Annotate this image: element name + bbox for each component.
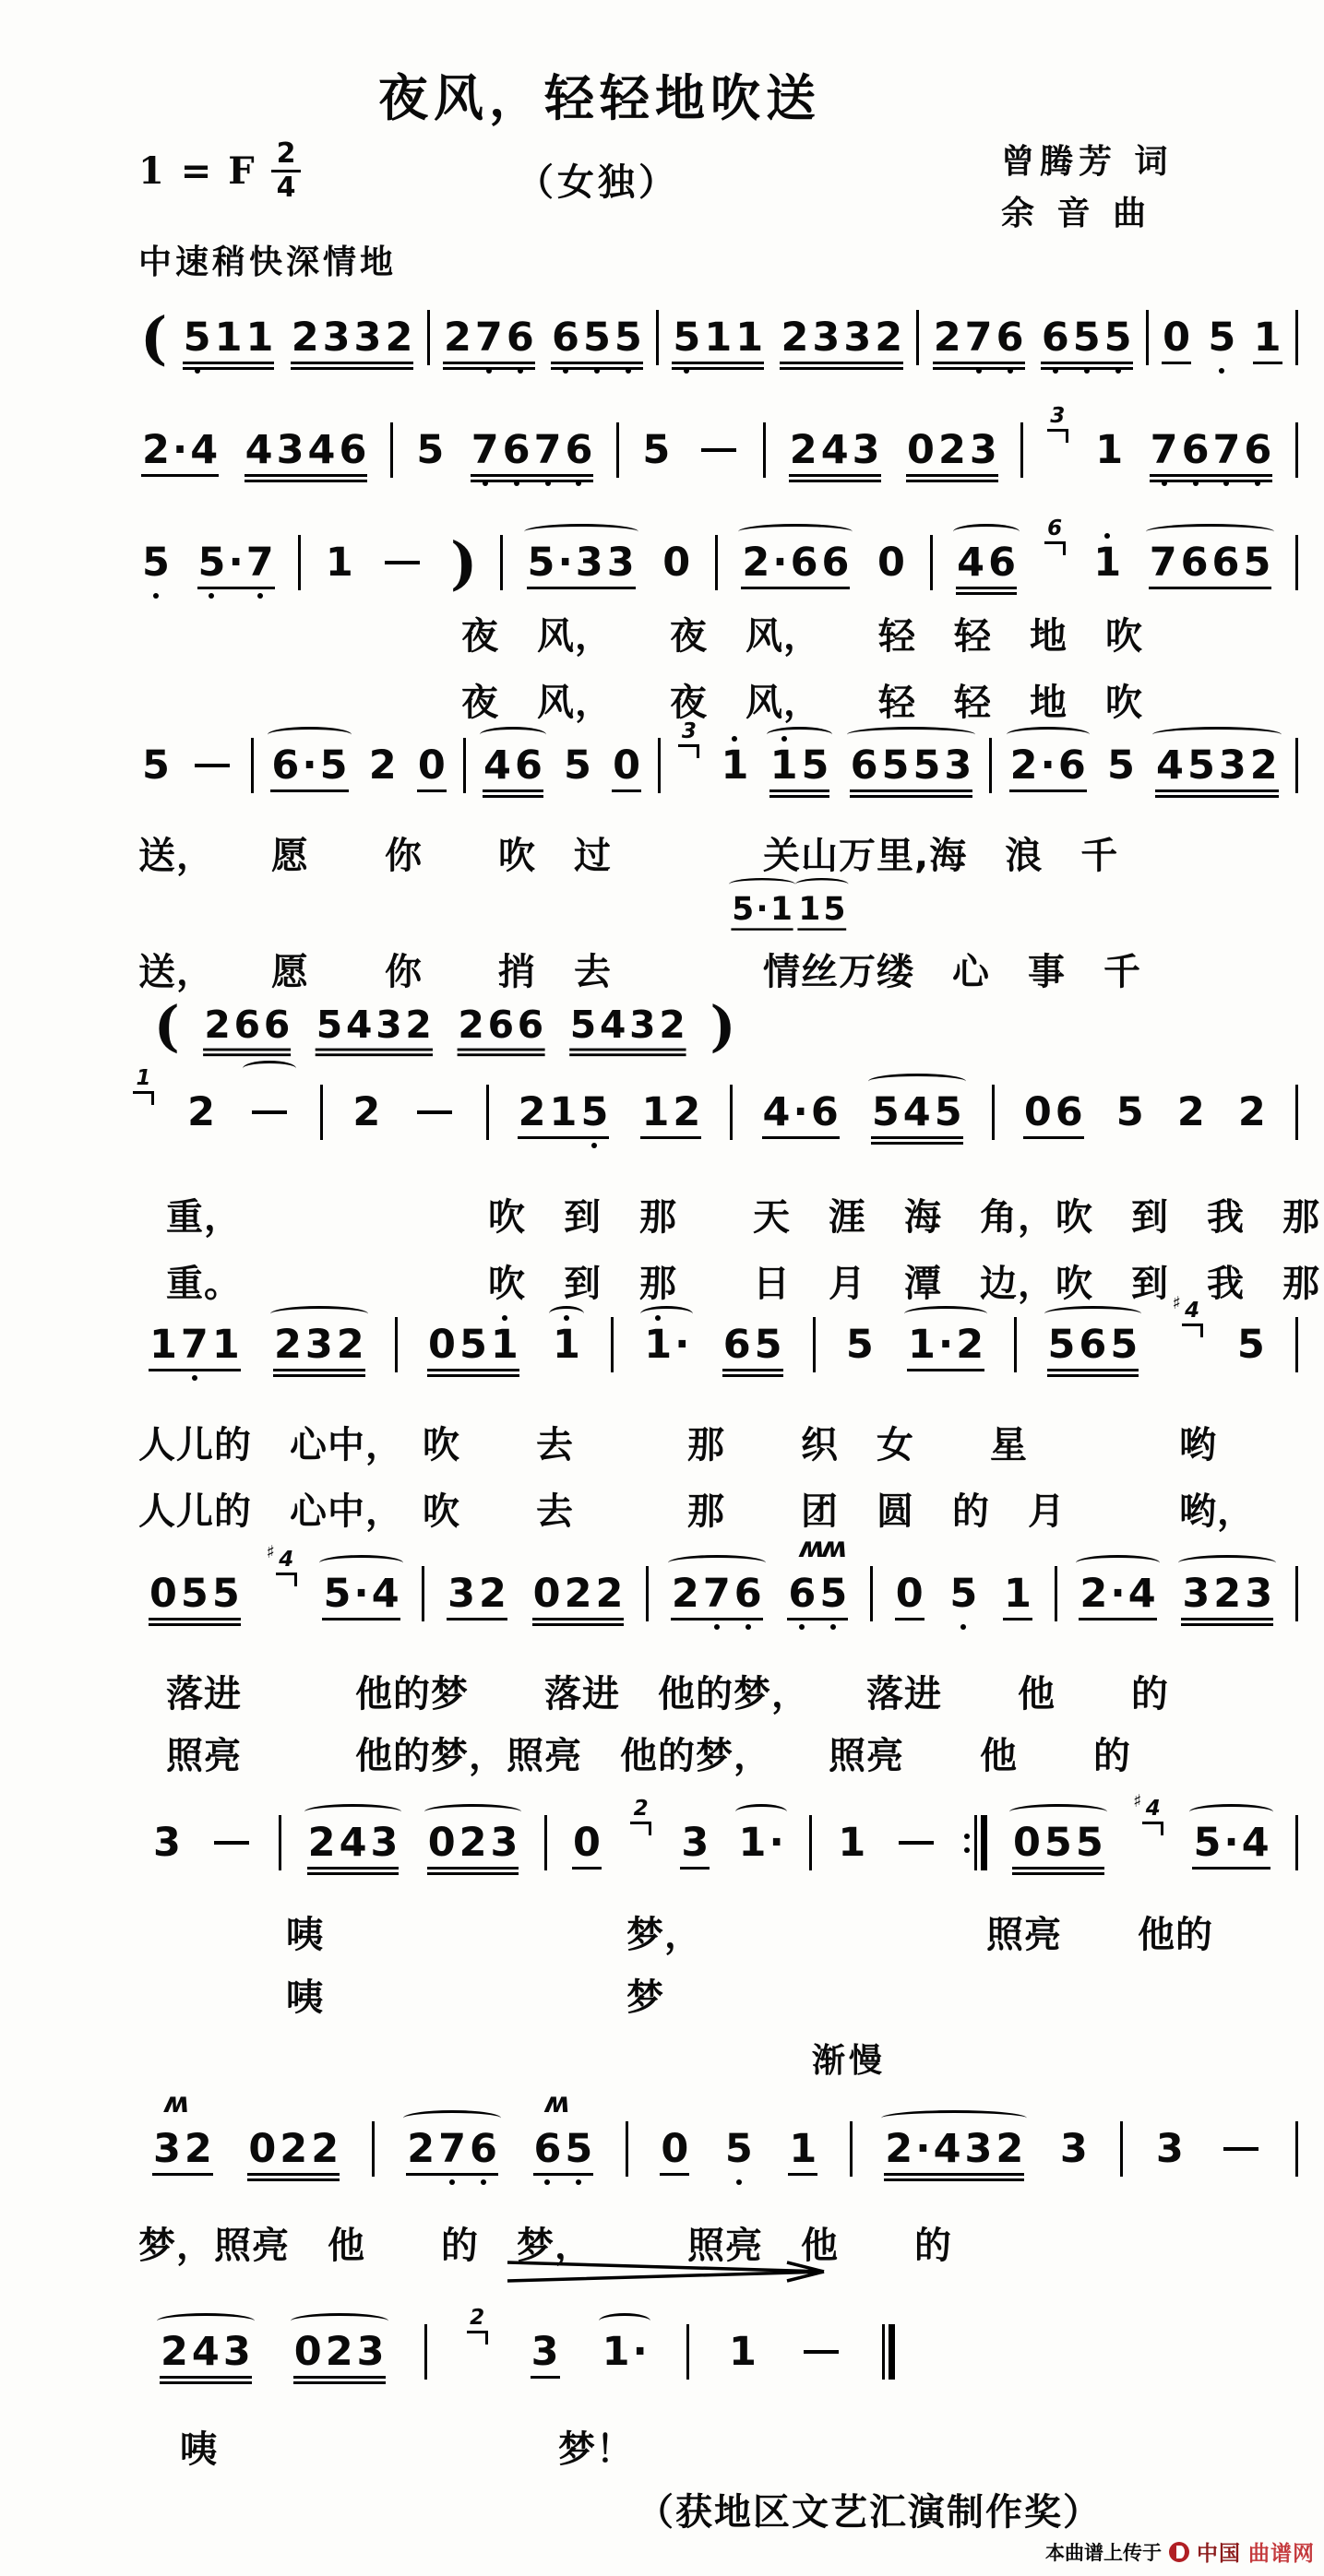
thin-bar — [882, 2324, 885, 2380]
note-char: 5 — [753, 1325, 784, 1365]
note-char: 0 — [876, 543, 907, 583]
note-group: 023 — [905, 431, 999, 485]
beam-line — [203, 1053, 291, 1056]
note-char: 6 — [1211, 543, 1242, 583]
note-char: 3 — [489, 1823, 520, 1863]
note-char: 1 — [787, 2130, 818, 2169]
watermark-text: 本曲谱上传于 — [1045, 2538, 1162, 2566]
note-char: 0 — [246, 2130, 278, 2169]
note-group: 1 — [1002, 1574, 1033, 1629]
slur-arc — [480, 727, 546, 742]
beam-line — [533, 2173, 594, 2176]
note-char: · — [301, 746, 317, 786]
beam-line — [1253, 362, 1282, 364]
note-char: 3 — [574, 543, 605, 583]
slur-arc — [953, 524, 1020, 540]
note-group: 0 — [659, 2130, 690, 2184]
grace-number: 4 — [1146, 1798, 1161, 1820]
note-char: 5 — [1074, 1823, 1105, 1863]
beam-line — [291, 362, 414, 364]
grace-note: 3 — [1047, 406, 1068, 443]
music-line-4: 56·5204650311565532·654532 — [138, 721, 1298, 801]
grace-note: ♯4 — [267, 1549, 297, 1586]
note-char: 5 — [182, 318, 213, 358]
grace-hook-icon — [467, 2331, 488, 2345]
note-char: 3 — [968, 431, 999, 470]
slur-arc — [1189, 1804, 1272, 1820]
music-line-5: 122215124·654506522 — [129, 1068, 1298, 1147]
note-char: 0 — [571, 1823, 602, 1863]
music-line-8: 32430230231·1055♯45·4 — [149, 1798, 1298, 1878]
note-char: 3 — [1058, 2130, 1090, 2169]
note-char: 4 — [244, 431, 275, 470]
note-char: 2 — [324, 2333, 355, 2372]
barline — [989, 738, 992, 793]
note-group: 3 — [1154, 2130, 1186, 2184]
beam-line — [183, 362, 275, 364]
note-char: · — [674, 1325, 690, 1365]
beam-line — [722, 1374, 783, 1377]
beam-line — [906, 480, 998, 482]
note-char: 1 — [324, 543, 355, 583]
note-char: · — [792, 1093, 808, 1133]
note-char: 7 — [1148, 543, 1179, 583]
beam-line — [307, 1867, 400, 1870]
note-char: 5 — [1108, 1325, 1139, 1365]
thick-bar — [981, 1815, 987, 1870]
note-char: 7 — [963, 318, 995, 358]
note-group: 5 — [844, 1325, 876, 1380]
beam-line — [183, 367, 275, 370]
note-char: 2 — [658, 1007, 687, 1045]
note-char: 3 — [355, 2333, 387, 2372]
note-group: 65ʍʍ — [786, 1574, 849, 1629]
note-char: 1 — [148, 1325, 179, 1365]
note-char: 3 — [321, 318, 352, 358]
note-char: 5 — [1105, 746, 1137, 786]
beam-line — [884, 2178, 1024, 2181]
note-char: 7 — [532, 431, 564, 470]
beam-line — [1012, 1872, 1104, 1875]
duration-dash — [1216, 2147, 1266, 2184]
note-char: 6 — [820, 543, 852, 583]
note-char: 3 — [275, 431, 306, 470]
note-group: 3 — [151, 1823, 183, 1878]
note-group: 2332 — [779, 318, 904, 373]
music-line-1: (51123322766555112332276655051 — [138, 293, 1298, 373]
note-group: 171 — [148, 1325, 242, 1380]
thin-bar — [974, 1815, 977, 1870]
note-char: 6 — [1179, 543, 1211, 583]
watermark-site-cn: 中国 — [1197, 2536, 1241, 2567]
note-char: 1 — [769, 746, 800, 786]
note-char: 3 — [962, 2130, 994, 2169]
grace-number: 3 — [1050, 406, 1065, 427]
note-char: 5 — [1206, 318, 1237, 358]
note-char: 6 — [513, 746, 544, 786]
note-char: · — [1040, 746, 1056, 786]
note-group: 266 — [456, 1007, 545, 1059]
barline — [626, 2121, 628, 2177]
beam-line — [1162, 362, 1191, 364]
note-char: 4 — [370, 1574, 401, 1614]
note-char: 6 — [809, 1093, 841, 1133]
note-char: 6 — [505, 318, 536, 358]
note-char: 5 — [880, 746, 912, 786]
note-char: 3 — [1217, 746, 1248, 786]
note-group: 565 — [1046, 1325, 1140, 1380]
note-char: 1 — [601, 2333, 632, 2372]
note-char: · — [352, 1574, 369, 1614]
note-char: 5 — [315, 1007, 344, 1045]
grace-wrap: 4 — [276, 1549, 297, 1586]
barline — [422, 1566, 424, 1621]
beam-line — [443, 362, 535, 364]
grace-wrap: 2 — [467, 2308, 488, 2345]
beam-line — [1009, 789, 1087, 792]
slur-arc — [1076, 1555, 1159, 1571]
repeat-barline — [964, 1815, 987, 1870]
note-char: 1 — [639, 1093, 671, 1133]
beam-line — [291, 367, 414, 370]
repeat-dot — [964, 1834, 970, 1839]
note-group: 6·5 — [269, 746, 349, 801]
note-group: 022 — [246, 2130, 340, 2184]
note-group: 1 — [787, 2130, 818, 2184]
note-char: 1 — [489, 1325, 520, 1365]
note-char: 5 — [414, 431, 446, 470]
note-char: 2 — [1175, 1093, 1207, 1133]
beam-line — [906, 474, 998, 477]
note-char: 3 — [942, 746, 973, 786]
lyric-row: 咦 梦！ — [180, 2420, 634, 2473]
barline — [544, 1815, 547, 1870]
note-char: 1 — [769, 894, 793, 925]
solo-label: （女独） — [517, 153, 679, 206]
note-group: 5 — [140, 746, 172, 801]
note-group: 2 — [185, 1093, 217, 1147]
barline — [658, 738, 661, 793]
note-group: 1· — [642, 1325, 690, 1380]
music-line-6: 17123205111·6551·2565♯45 — [146, 1300, 1298, 1380]
grace-number: 1 — [136, 1068, 150, 1089]
barline — [992, 1085, 995, 1140]
beam-line — [871, 1142, 963, 1145]
note-char: 4 — [188, 431, 220, 470]
note-char: 1 — [797, 894, 822, 925]
credits: 曾腾芳 词 余 音 曲 — [1001, 137, 1174, 240]
barline — [424, 2324, 427, 2380]
note-group: 1·2 — [906, 1325, 985, 1380]
slur-arc — [304, 1804, 402, 1820]
beam-line — [316, 1049, 433, 1051]
note-char: 2 — [405, 2130, 436, 2169]
slur-arc — [735, 1804, 787, 1820]
note-group: 2·4 — [1078, 1574, 1157, 1629]
barline — [809, 1815, 812, 1870]
duration-dash — [891, 1841, 941, 1878]
beam-line — [443, 367, 535, 370]
note-group: 2·4 — [140, 431, 220, 485]
note-char: 4 — [1127, 1574, 1158, 1614]
beam-line — [427, 1369, 519, 1371]
note-char: 5 — [179, 1574, 210, 1614]
lyricist: 曾腾芳 词 — [1001, 137, 1174, 188]
beam-line — [149, 1623, 241, 1626]
note-group: 1 — [727, 2333, 758, 2387]
beam-line — [769, 789, 830, 792]
note-group: 4·6 — [761, 1093, 841, 1147]
note-char: 2 — [477, 1574, 508, 1614]
note-char: 5 — [581, 318, 613, 358]
final-barline — [882, 2324, 895, 2380]
beam-line — [680, 1867, 710, 1870]
note-char: 1 — [1002, 1574, 1033, 1614]
note-char: 3 — [851, 431, 882, 470]
note-group: 276 — [670, 1574, 764, 1629]
barline — [1295, 738, 1298, 793]
grace-hook-icon — [133, 1091, 154, 1105]
grace-note: 3 — [678, 721, 699, 758]
note-char: 1 — [734, 318, 765, 358]
note-group: 32ʍ — [151, 2130, 214, 2184]
slur-arc — [640, 1306, 692, 1322]
note-group: 2·432 — [883, 2130, 1025, 2184]
sheet-music-page: 夜风，轻轻地吹送 1 = F 2 4 （女独） 曾腾芳 词 余 音 曲 中速稍快… — [0, 0, 1324, 2576]
note-char: 3 — [1180, 1574, 1211, 1614]
note-group: 4532 — [1154, 746, 1280, 801]
note-char: 3 — [369, 1823, 400, 1863]
note-char: 5 — [1071, 318, 1103, 358]
note-char: 1 — [1093, 431, 1125, 470]
beam-line — [780, 367, 903, 370]
note-group: 243 — [306, 1823, 400, 1878]
note-char: 1 — [737, 1823, 769, 1863]
beam-line — [247, 2173, 340, 2176]
grace-wrap: 2 — [630, 1798, 651, 1835]
barline — [427, 310, 430, 365]
barline — [298, 535, 301, 590]
note-char: 5 — [318, 746, 350, 786]
note-char: 3 — [221, 2333, 253, 2372]
slur-arc — [847, 727, 976, 742]
beam-line — [672, 367, 764, 370]
slur-arc — [424, 1804, 522, 1820]
note-group: 655 — [1040, 318, 1134, 373]
beam-line — [457, 1053, 544, 1056]
beam-line — [789, 480, 881, 482]
barline — [850, 2121, 853, 2177]
note-char: 4 — [819, 431, 851, 470]
note-group: 5 — [1206, 318, 1237, 373]
beam-line — [152, 2173, 213, 2176]
note-group: 5·7 — [197, 543, 276, 598]
note-char: 2 — [183, 2130, 214, 2169]
barline — [646, 1566, 649, 1621]
note-char: 6 — [468, 2130, 499, 2169]
note-char: 5 — [140, 543, 172, 583]
note-char: 3 — [151, 1823, 183, 1863]
note-char: · — [227, 543, 244, 583]
note-group: 06 — [1022, 1093, 1085, 1147]
beam-line — [427, 1374, 519, 1377]
note-char: 3 — [530, 2333, 561, 2372]
note-group: 0 — [416, 746, 447, 801]
note-char: 5 — [140, 746, 172, 786]
note-char: 4 — [306, 431, 338, 470]
note-group: 7676 — [1149, 431, 1274, 485]
barline — [1295, 422, 1298, 478]
barline — [1014, 1317, 1017, 1372]
slur-arc — [1146, 524, 1275, 540]
dash-line — [899, 1841, 934, 1845]
note-char: 2 — [1008, 746, 1040, 786]
beam-line — [427, 1872, 519, 1875]
slur-arc — [319, 1555, 402, 1571]
note-group: 0 — [661, 543, 692, 598]
note-char: 2 — [1248, 746, 1280, 786]
barline — [1295, 1317, 1298, 1372]
beam-line — [471, 480, 594, 482]
note-char: 1 — [642, 1325, 674, 1365]
slur-arc — [243, 1061, 296, 1076]
note-char: 3 — [679, 1823, 710, 1863]
key-text: 1 = F — [138, 149, 256, 193]
note-group: 545 — [870, 1093, 964, 1147]
barline — [611, 1317, 614, 1372]
grace-wrap: 3 — [678, 721, 699, 758]
barline — [930, 535, 933, 590]
note-group: 3 — [530, 2333, 561, 2387]
note-char: 0 — [292, 2333, 324, 2372]
note-char: 5 — [568, 1007, 598, 1045]
beam-line — [483, 795, 543, 798]
note-char: 2 — [936, 431, 968, 470]
duration-dash — [796, 2350, 846, 2387]
note-char: 6 — [550, 318, 581, 358]
note-group: 0 — [876, 543, 907, 598]
note-char: 5 — [1186, 746, 1217, 786]
note-char: 5 — [731, 894, 756, 925]
beam-line — [933, 362, 1025, 364]
lyric-row: 照亮 他的梦，照亮 他的梦， 照亮 他 的 — [166, 1727, 1131, 1779]
note-char: 2 — [954, 1325, 985, 1365]
system-paren: ( — [140, 310, 167, 367]
note-char: 0 — [148, 1574, 179, 1614]
note-group: 2 — [1175, 1093, 1207, 1147]
note-char: · — [756, 894, 769, 925]
note-group: 12 — [639, 1093, 702, 1147]
beam-line — [1181, 1618, 1273, 1620]
note-char: 3 — [151, 2130, 183, 2169]
beam-line — [551, 367, 643, 370]
beam-line — [788, 2173, 817, 2176]
note-group: 232 — [272, 1325, 366, 1380]
note-char: 5 — [800, 746, 831, 786]
note-char: 2 — [594, 1574, 626, 1614]
beam-line — [141, 474, 219, 477]
beam-line — [731, 928, 793, 930]
beam-line — [197, 587, 275, 589]
barline — [500, 535, 503, 590]
system-paren: ( — [154, 999, 180, 1053]
note-group: 1· — [737, 1823, 785, 1878]
key-signature: 1 = F 2 4 — [138, 140, 301, 202]
time-signature: 2 4 — [271, 140, 302, 202]
note-char: 0 — [1022, 1093, 1054, 1133]
dash-line — [417, 1110, 452, 1114]
note-char: · — [1223, 1823, 1239, 1863]
note-char: 1 — [727, 2333, 758, 2372]
beam-line — [1003, 1618, 1032, 1620]
beam-line — [322, 1618, 400, 1620]
note-char: 6 — [501, 431, 532, 470]
note-group: 276 — [932, 318, 1026, 373]
note-char: 0 — [659, 2130, 690, 2169]
beam-line — [1047, 1374, 1139, 1377]
beam-line — [1155, 795, 1279, 798]
dash-line — [701, 448, 736, 452]
ossia-line: 5·115 — [729, 873, 849, 937]
note-group: 1· — [601, 2333, 649, 2387]
note-char: 6 — [1077, 1325, 1108, 1365]
lyric-row: 重， 吹 到 那 天 涯 海 角，吹 到 我 那 — [166, 1188, 1320, 1241]
beam-line — [247, 2178, 340, 2181]
beam-line — [307, 1872, 400, 1875]
note-char: 2 — [456, 1007, 485, 1045]
slur-arc — [549, 1306, 584, 1322]
note-group: 0 — [611, 746, 642, 801]
note-group: 46 — [482, 746, 544, 801]
music-line-7: 055♯45·43202227665ʍʍ0512·4323 — [146, 1549, 1298, 1629]
note-char: 0 — [661, 543, 692, 583]
note-group: 5432 — [568, 1007, 687, 1059]
note-group: 15 — [769, 746, 831, 801]
note-group: 6553 — [849, 746, 974, 801]
note-group: 3 — [1058, 2130, 1090, 2184]
beam-line — [787, 1618, 848, 1620]
barline — [1055, 1566, 1057, 1621]
sharp-icon: ♯ — [267, 1542, 275, 1562]
beam-line — [850, 789, 973, 792]
note-char: 5 — [613, 318, 644, 358]
note-char: 4 — [955, 543, 986, 583]
repeat-dots — [964, 1834, 970, 1853]
lyric-row: 送， 愿 你 捎 去 情丝万缕 心 事 千 — [138, 943, 1141, 995]
note-char: 0 — [905, 431, 936, 470]
note-char: 2 — [202, 1007, 232, 1045]
note-char: · — [632, 2333, 649, 2372]
trill-icon: ʍʍ — [799, 1532, 844, 1564]
note-char: 2 — [140, 431, 172, 470]
note-char: 2 — [458, 1823, 489, 1863]
note-char: 7 — [470, 431, 501, 470]
lyric-row: 送， 愿 你 吹 过 关山万里,海 浪 千 — [138, 826, 1118, 879]
beam-line — [1041, 367, 1133, 370]
music-line-9: 32ʍ02227665ʍ0512·43233 — [149, 2105, 1298, 2184]
beam-line — [273, 1369, 365, 1371]
slur-arc — [668, 1555, 766, 1571]
beam-line — [427, 1867, 519, 1870]
note-group: 2 — [351, 1093, 382, 1147]
duration-dash — [207, 1841, 256, 1878]
lyric-row: 夜 风， 夜 风， 轻 轻 地 吹 — [461, 607, 1143, 659]
note-char: 1 — [213, 318, 245, 358]
dash-line — [195, 764, 230, 767]
barline — [1295, 2121, 1298, 2177]
note-char: 1 — [720, 746, 751, 786]
slur-arc — [1009, 1804, 1107, 1820]
